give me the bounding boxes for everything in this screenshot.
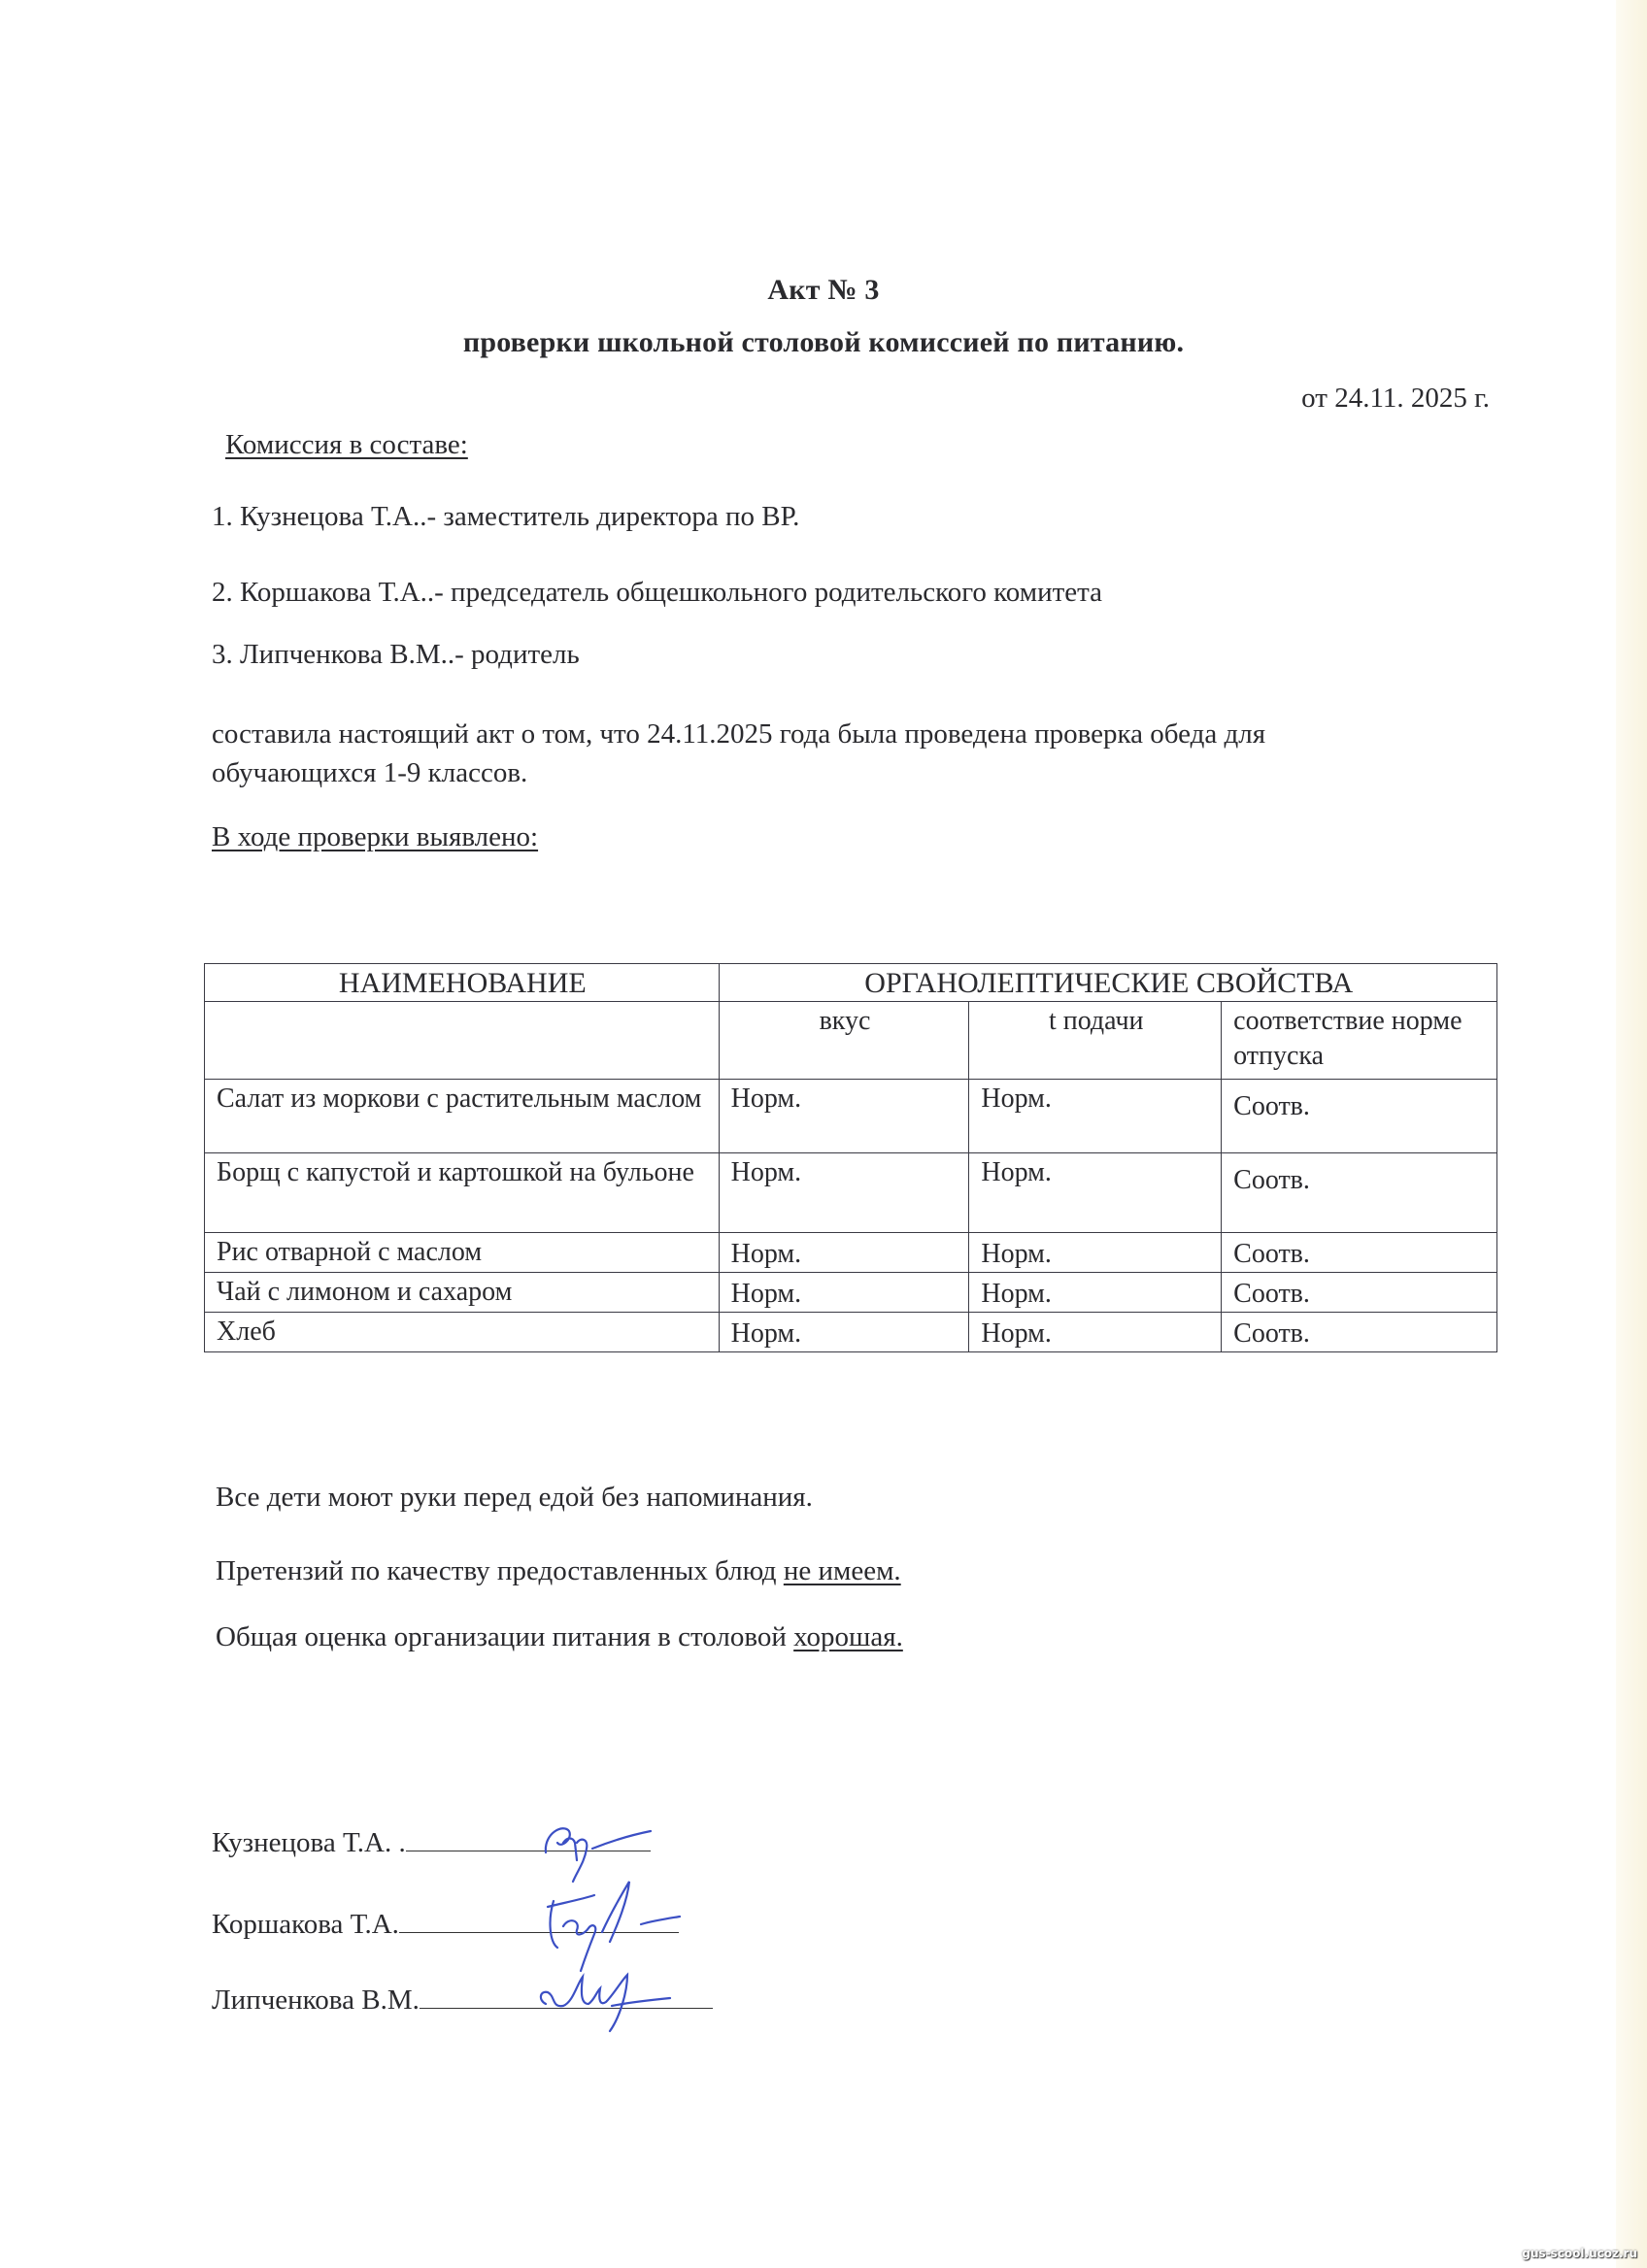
commission-heading: Комиссия в составе: [225, 429, 468, 461]
note-claims: Претензий по качеству предоставленных бл… [216, 1555, 901, 1587]
norm-value: Соотв. [1222, 1313, 1497, 1352]
dish-name: Хлеб [205, 1313, 720, 1352]
dish-name: Борщ с капустой и картошкой на бульоне [205, 1153, 720, 1233]
member-2: 2. Коршакова Т.А..- председатель общешко… [212, 577, 1102, 609]
table-row: Салат из моркови с растительным маслом Н… [205, 1080, 1497, 1153]
taste-value: Норм. [719, 1153, 969, 1233]
norm-value: Соотв. [1222, 1233, 1497, 1273]
subheader-norm: соответствие норме отпуска [1222, 1002, 1497, 1080]
taste-value: Норм. [719, 1313, 969, 1352]
dish-name: Чай с лимоном и сахаром [205, 1273, 720, 1313]
temp-value: Норм. [969, 1153, 1222, 1233]
norm-value: Соотв. [1222, 1273, 1497, 1313]
table-row: Хлеб Норм. Норм. Соотв. [205, 1313, 1497, 1352]
taste-value: Норм. [719, 1233, 969, 1273]
norm-value: Соотв. [1222, 1080, 1497, 1153]
subheader-temperature: t подачи [969, 1002, 1222, 1080]
dish-name: Рис отварной с маслом [205, 1233, 720, 1273]
signatory-name: Коршакова Т.А. [212, 1909, 399, 1940]
document-title: Акт № 3 [0, 274, 1647, 307]
table-row: Чай с лимоном и сахаром Норм. Норм. Соот… [205, 1273, 1497, 1313]
header-name: НАИМЕНОВАНИЕ [205, 964, 720, 1002]
signatory-name: Кузнецова Т.А. . [212, 1827, 406, 1858]
temp-value: Норм. [969, 1313, 1222, 1352]
note-overall: Общая оценка организации питания в столо… [216, 1621, 903, 1653]
statement-line-1: составила настоящий акт о том, что 24.11… [212, 718, 1265, 750]
temp-value: Норм. [969, 1233, 1222, 1273]
handwritten-signatures-icon [534, 1814, 728, 2037]
site-watermark: gus-scool.ucoz.ru [1522, 2247, 1637, 2260]
inspection-table: НАИМЕНОВАНИЕ ОРГАНОЛЕПТИЧЕСКИЕ СВОЙСТВА … [204, 963, 1497, 1352]
note-handwashing: Все дети моют руки перед едой без напоми… [216, 1482, 813, 1514]
note-overall-text: Общая оценка организации питания в столо… [216, 1621, 793, 1652]
statement-line-2: обучающихся 1-9 классов. [212, 757, 527, 789]
taste-value: Норм. [719, 1273, 969, 1313]
table-row: Рис отварной с маслом Норм. Норм. Соотв. [205, 1233, 1497, 1273]
document-date: от 24.11. 2025 г. [1301, 383, 1490, 415]
header-properties: ОРГАНОЛЕПТИЧЕСКИЕ СВОЙСТВА [719, 964, 1496, 1002]
table-subheader-row: вкус t подачи соответствие норме отпуска [205, 1002, 1497, 1080]
table-header-row: НАИМЕНОВАНИЕ ОРГАНОЛЕПТИЧЕСКИЕ СВОЙСТВА [205, 964, 1497, 1002]
document-subtitle: проверки школьной столовой комиссией по … [0, 326, 1647, 359]
note-claims-verdict: не имеем. [784, 1555, 901, 1586]
temp-value: Норм. [969, 1080, 1222, 1153]
norm-value: Соотв. [1222, 1153, 1497, 1233]
member-1: 1. Кузнецова Т.А..- заместитель директор… [212, 501, 799, 533]
subheader-taste: вкус [719, 1002, 969, 1080]
subheader-empty [205, 1002, 720, 1080]
dish-name: Салат из моркови с растительным маслом [205, 1080, 720, 1153]
note-overall-verdict: хорошая. [793, 1621, 903, 1652]
temp-value: Норм. [969, 1273, 1222, 1313]
findings-heading: В ходе проверки выявлено: [212, 821, 538, 853]
taste-value: Норм. [719, 1080, 969, 1153]
signatory-name: Липченкова В.М. [212, 1984, 420, 2016]
member-3: 3. Липченкова В.М..- родитель [212, 639, 580, 671]
table-row: Борщ с капустой и картошкой на бульоне Н… [205, 1153, 1497, 1233]
note-claims-text: Претензий по качеству предоставленных бл… [216, 1555, 784, 1586]
